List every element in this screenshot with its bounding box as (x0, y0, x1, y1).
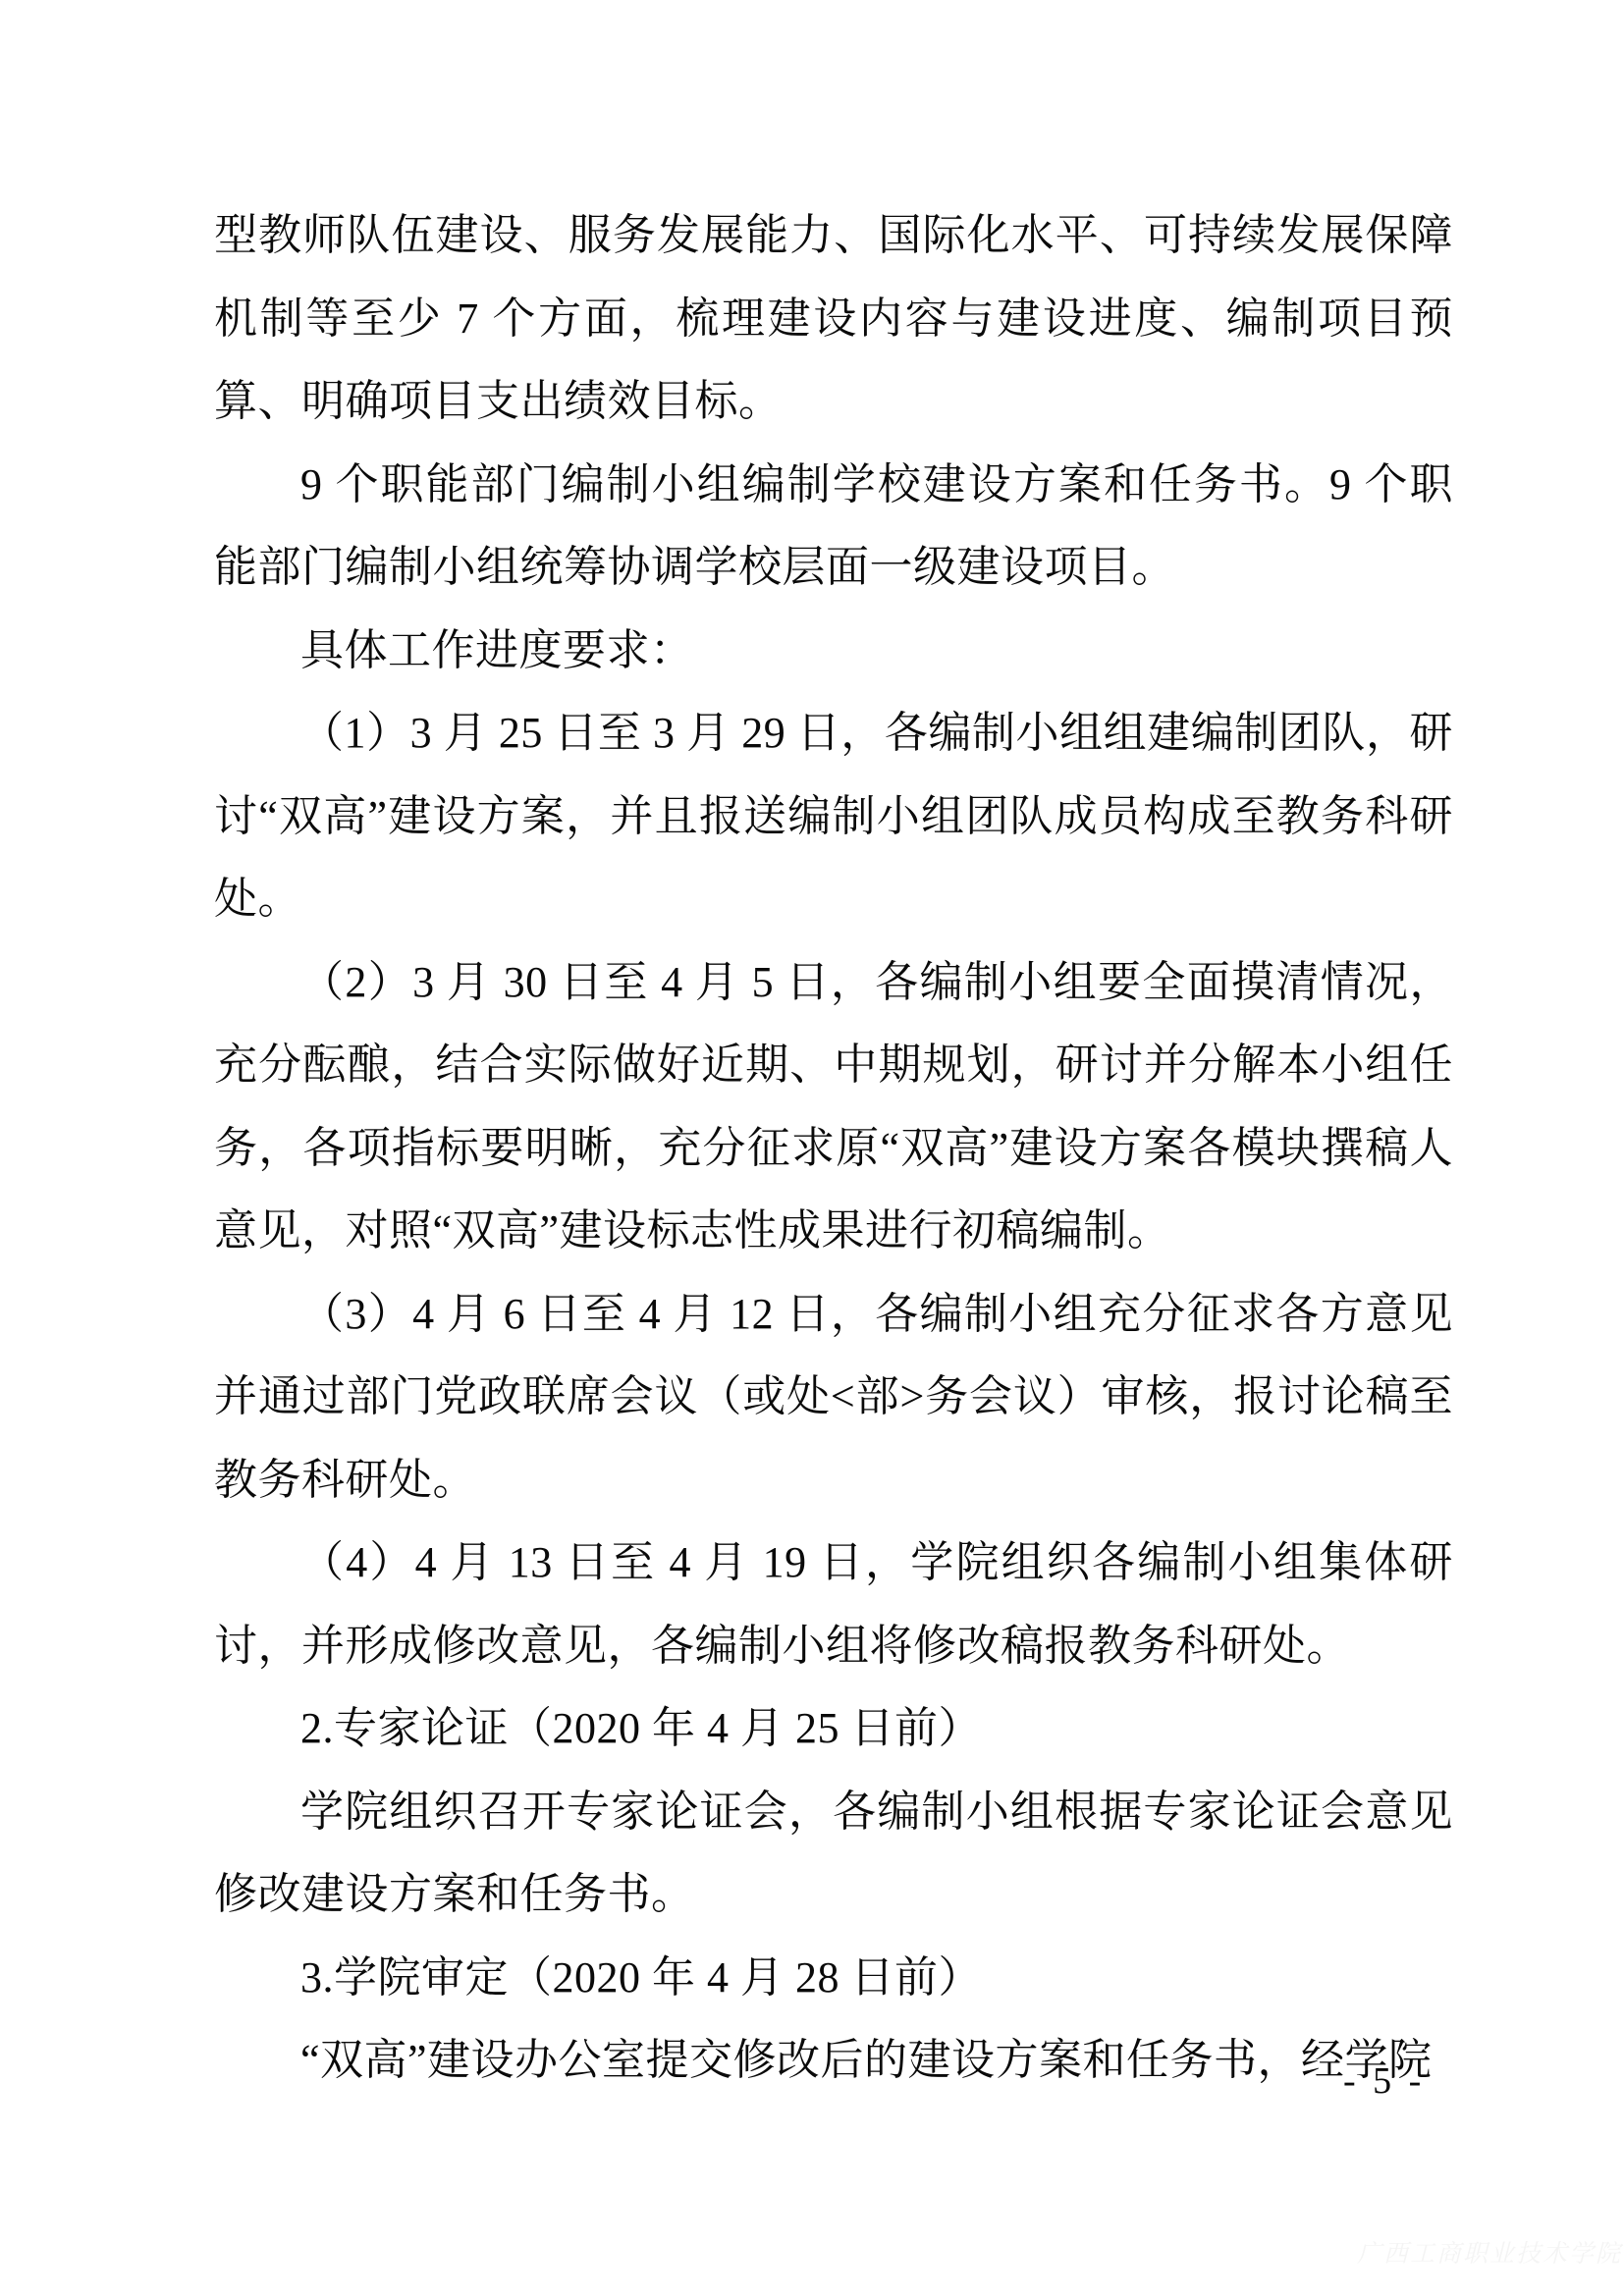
paragraph: 学院组织召开专家论证会，各编制小组根据专家论证会意见修改建设方案和任务书。 (214, 1771, 1453, 1937)
document-body: 型教师队伍建设、服务发展能力、国际化水平、可持续发展保障机制等至少 7 个方面，… (214, 194, 1453, 2103)
document-page: 型教师队伍建设、服务发展能力、国际化水平、可持续发展保障机制等至少 7 个方面，… (0, 0, 1624, 2296)
watermark: 广西工商职业技术学院 (1357, 2234, 1622, 2269)
page-number: - 5 - (1343, 2059, 1425, 2103)
paragraph: 2.专家论证（2020 年 4 月 25 日前） (214, 1687, 1453, 1771)
paragraph: 具体工作进度要求： (214, 610, 1453, 693)
paragraph: “双高”建设办公室提交修改后的建设方案和任务书，经学院 (214, 2019, 1453, 2103)
paragraph: （2）3 月 30 日至 4 月 5 日，各编制小组要全面摸清情况，充分酝酿，结… (214, 941, 1453, 1273)
paragraph: 9 个职能部门编制小组编制学校建设方案和任务书。9 个职能部门编制小组统筹协调学… (214, 444, 1453, 610)
paragraph: （3）4 月 6 日至 4 月 12 日，各编制小组充分征求各方意见并通过部门党… (214, 1273, 1453, 1522)
paragraph: （4）4 月 13 日至 4 月 19 日，学院组织各编制小组集体研讨，并形成修… (214, 1522, 1453, 1687)
paragraph: 型教师队伍建设、服务发展能力、国际化水平、可持续发展保障机制等至少 7 个方面，… (214, 194, 1453, 444)
paragraph: （1）3 月 25 日至 3 月 29 日，各编制小组组建编制团队，研讨“双高”… (214, 692, 1453, 941)
paragraph: 3.学院审定（2020 年 4 月 28 日前） (214, 1937, 1453, 2020)
